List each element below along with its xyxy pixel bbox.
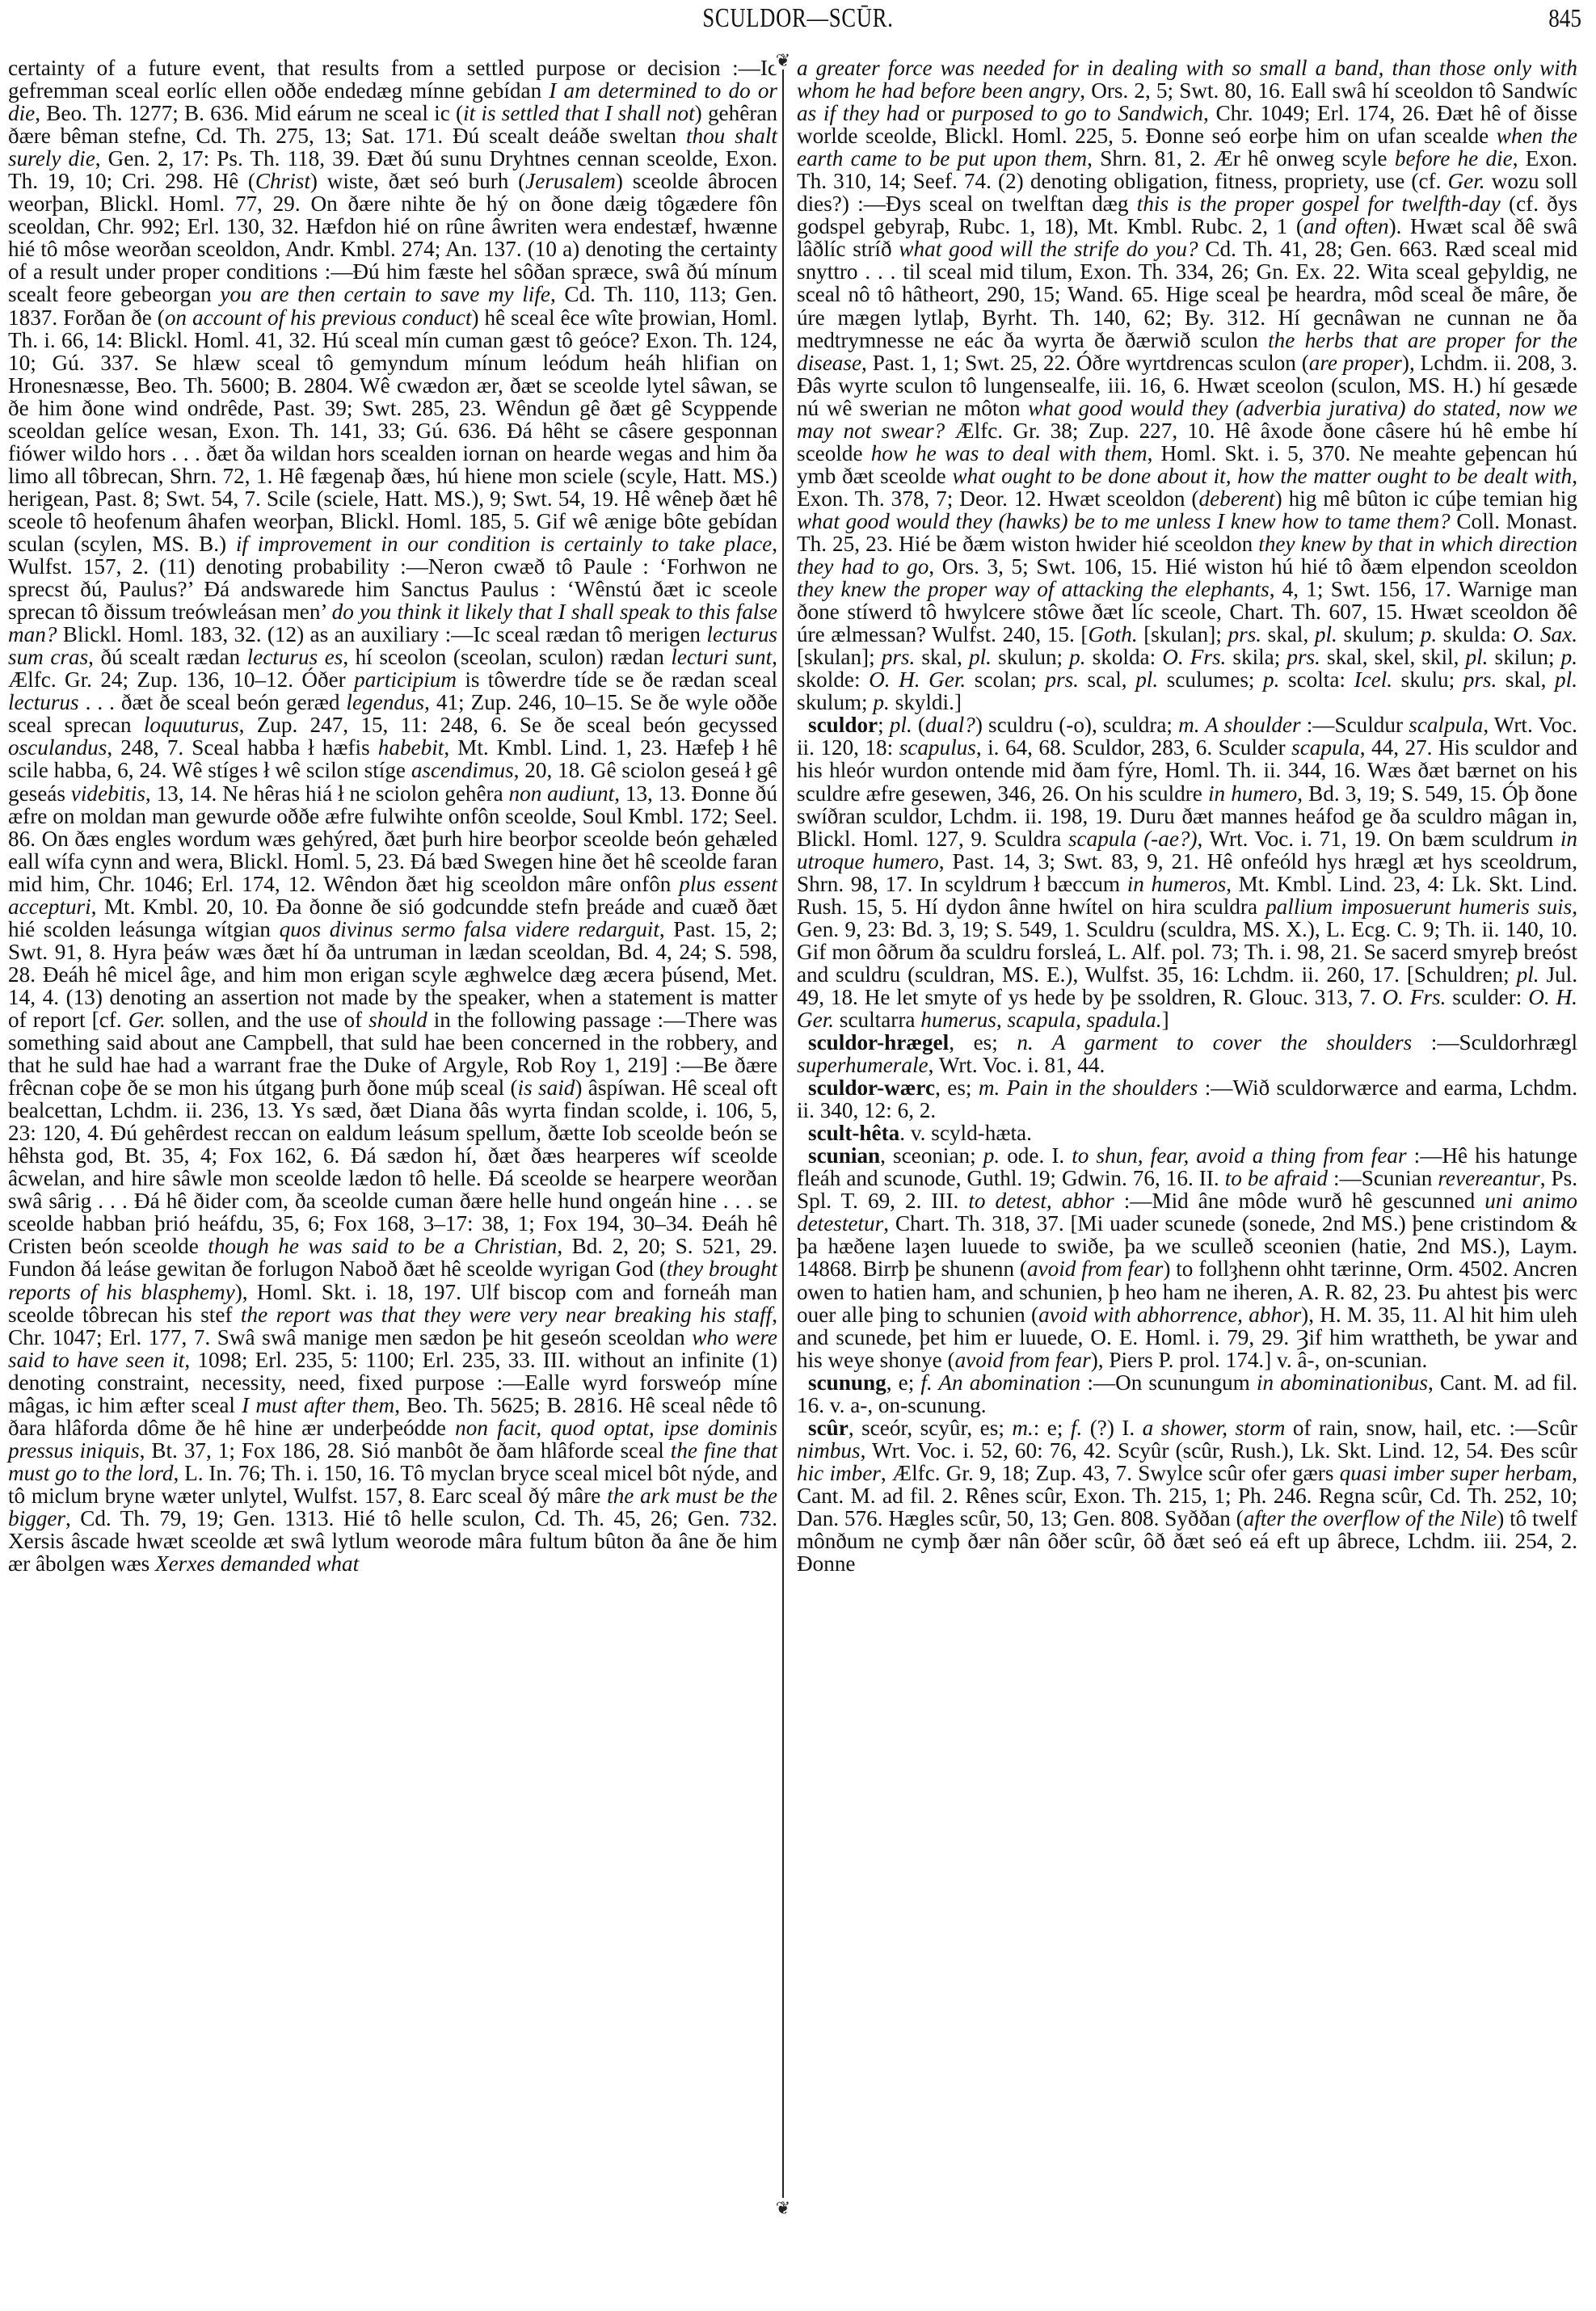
page-number: 845 xyxy=(1548,3,1581,33)
entry-text: , Bt. 37, 1; Fox 186, 28. Sió manbôt ðe … xyxy=(140,1438,671,1463)
left-column: certainty of a future event, that result… xyxy=(8,57,777,1575)
entry-text: , Ælfc. Gr. 9, 18; Zup. 43, 7. Swylce sc… xyxy=(881,1461,1340,1485)
entry-text: skilun; xyxy=(1488,645,1560,669)
italic-gloss: loquuturus xyxy=(144,713,239,737)
entry-text: , Wrt. Voc. i. 81, 44. xyxy=(929,1053,1105,1077)
headword: sculdor xyxy=(808,713,878,737)
italic-gloss: it is settled that I shall not xyxy=(463,101,695,125)
entry-text: ) wiste, ðæt seó burh ( xyxy=(310,169,525,193)
entry-text: , es; xyxy=(935,1076,979,1100)
entry-text: skal, skel, skil, xyxy=(1320,645,1466,669)
entry-text: :—Scunian xyxy=(1328,1166,1438,1190)
italic-gloss: Ger. xyxy=(1448,169,1485,193)
italic-gloss: m. A shoulder xyxy=(1178,713,1300,737)
entry-text: :—Mid âne môde wurð hê gescunned xyxy=(1114,1189,1485,1213)
entry-text: ] xyxy=(1162,1008,1169,1032)
entry-text: (?) I. xyxy=(1082,1416,1142,1440)
italic-gloss: after the overflow of the Nile xyxy=(1244,1506,1497,1530)
dictionary-entry: scûr, sceór, scyûr, es; m.: e; f. (?) I.… xyxy=(797,1416,1577,1575)
entry-text: , ðú scealt rædan xyxy=(88,645,246,669)
entry-text: , 13, 14. Ne hêras hiá ł ne sciolon gehê… xyxy=(145,781,509,806)
italic-gloss: Ger. xyxy=(128,1008,166,1032)
dictionary-entry: scunung, e; f. An abomination :—On scunu… xyxy=(797,1371,1577,1416)
italic-gloss: videbitis xyxy=(71,781,145,806)
italic-gloss: ascendimus xyxy=(411,758,514,782)
italic-gloss: prs. xyxy=(1463,667,1497,692)
entry-text: , Beo. Th. 1277; B. 636. Mid eárum ne sc… xyxy=(35,101,463,125)
headword: scunian xyxy=(808,1143,880,1168)
italic-gloss: hic imber xyxy=(797,1461,881,1485)
italic-gloss: p. xyxy=(1263,667,1279,692)
italic-gloss: p. xyxy=(873,690,889,714)
entry-text: , sceór, scyûr, es; xyxy=(849,1416,1013,1440)
italic-gloss: is said xyxy=(518,1076,575,1100)
italic-gloss: a shower, storm xyxy=(1143,1416,1286,1440)
entry-text: [skulan]; xyxy=(1138,622,1228,646)
italic-gloss: and often xyxy=(1303,214,1389,238)
entry-text: ( xyxy=(912,713,925,737)
italic-gloss: Icel. xyxy=(1354,667,1393,692)
italic-gloss: what good would they (hawks) be to me un… xyxy=(797,509,1451,533)
italic-gloss: humerus, scapula, spadula. xyxy=(920,1008,1161,1032)
italic-gloss: what ought to be done about it, how the … xyxy=(953,464,1573,488)
entry-text: : e; xyxy=(1034,1416,1071,1440)
entry-text: , Zup. 247, 15, 11: 248, 6. Se ðe sceal … xyxy=(239,713,777,737)
italic-gloss: pl. xyxy=(1465,645,1488,669)
italic-gloss: pl. xyxy=(969,645,992,669)
entry-text: , sceonian; xyxy=(880,1143,983,1168)
entry-text: , hí sceolon (sceolan, sculon) rædan xyxy=(343,645,671,669)
italic-gloss: as if they had xyxy=(797,101,920,125)
page-header: SCULDOR—SCŪR. 845 xyxy=(0,3,1596,36)
italic-gloss: prs. xyxy=(1228,622,1262,646)
italic-gloss: quasi imber super herbam xyxy=(1340,1461,1573,1485)
italic-gloss: pallium imposuerunt humeris suis xyxy=(1265,895,1572,919)
entry-text: skal, xyxy=(1497,667,1555,692)
italic-gloss: lecturi sunt xyxy=(671,645,772,669)
entry-text: :—On scunungum xyxy=(1080,1370,1257,1395)
entry-text: , Wrt. Voc. i. 71, 19. On bæm sculdrum xyxy=(1198,827,1560,851)
headword: scûr xyxy=(808,1416,849,1440)
italic-gloss: n. A garment to cover the shoulders xyxy=(1017,1030,1412,1054)
dictionary-entry: sculdor; pl. (dual?) sculdru (-o), sculd… xyxy=(797,714,1577,1031)
italic-gloss: scapula xyxy=(1291,735,1360,760)
italic-gloss: Christ xyxy=(255,169,310,193)
entry-text: , i. 64, 68. Sculdor, 283, 6. Sculder xyxy=(976,735,1291,760)
entry-text: [skulan]; xyxy=(797,645,882,669)
italic-gloss: osculandus xyxy=(8,735,107,760)
italic-gloss: in humeros xyxy=(1127,872,1226,896)
italic-gloss: legendus xyxy=(346,690,424,714)
entry-text: of rain, snow, hail, etc. :—Scûr xyxy=(1285,1416,1577,1440)
italic-gloss: pl. xyxy=(1555,667,1577,692)
italic-gloss: dual? xyxy=(925,713,975,737)
entry-text: sculumes; xyxy=(1158,667,1263,692)
italic-gloss: to detest, abhor xyxy=(968,1189,1114,1213)
italic-gloss: O. Sax. xyxy=(1513,622,1577,646)
italic-gloss: deberent xyxy=(1198,486,1274,511)
entry-text: ode. I. xyxy=(1000,1143,1072,1168)
entry-text: skulda: xyxy=(1437,622,1513,646)
entry-text: sollen, and the use of xyxy=(166,1008,368,1032)
entry-text: sculder: xyxy=(1446,985,1528,1009)
italic-gloss: prs. xyxy=(1286,645,1320,669)
italic-gloss: O. Frs. xyxy=(1383,985,1447,1009)
italic-gloss: how he was to deal with them xyxy=(871,441,1148,465)
entry-text: . . . ðæt ðe sceal beón geræd xyxy=(79,690,347,714)
italic-gloss: scapulus xyxy=(899,735,976,760)
entry-text: skulum; xyxy=(1337,622,1421,646)
italic-gloss: the report was that they were very near … xyxy=(241,1303,772,1327)
italic-gloss: p. xyxy=(983,1143,1000,1168)
italic-gloss: you are then certain to save my life xyxy=(220,282,550,306)
entry-text: skulum; xyxy=(797,690,873,714)
italic-gloss: before he die xyxy=(1395,146,1513,170)
italic-gloss: avoid with abhorrence, abhor xyxy=(1038,1303,1301,1327)
italic-gloss: p. xyxy=(1421,622,1437,646)
entry-text: skolda: xyxy=(1086,645,1163,669)
italic-gloss: participium xyxy=(354,667,457,692)
entry-text: , Shrn. 81, 2. Ær hê onweg scyle xyxy=(1087,146,1395,170)
italic-gloss: quos divinus sermo falsa videre redargui… xyxy=(280,917,659,941)
entry-text: :—Sculdur xyxy=(1301,713,1409,737)
column-divider xyxy=(782,65,784,2198)
dictionary-entry: sculdor-hrægel, es; n. A garment to cove… xyxy=(797,1031,1577,1076)
entry-continuation: certainty of a future event, that result… xyxy=(8,57,777,1575)
italic-gloss: O. Frs. xyxy=(1162,645,1226,669)
italic-gloss: nimbus xyxy=(797,1438,861,1463)
headword: scunung xyxy=(808,1370,886,1395)
dictionary-entry: sculdor-wærc, es; m. Pain in the shoulde… xyxy=(797,1076,1577,1122)
entry-text: scolta: xyxy=(1279,667,1354,692)
entry-text: skolde: xyxy=(797,667,869,692)
italic-gloss: f. An abomination xyxy=(920,1370,1080,1395)
italic-gloss: m. Pain in the shoulders xyxy=(979,1076,1198,1100)
italic-gloss: in humero xyxy=(1208,781,1297,806)
italic-gloss: f. xyxy=(1071,1416,1082,1440)
entry-text: , Cd. Th. 79, 19; Gen. 1313. Hié tô hell… xyxy=(8,1506,777,1576)
italic-gloss: pl. xyxy=(890,713,912,737)
italic-gloss: to be afraid xyxy=(1225,1166,1328,1190)
fleuron-bottom-icon: ❦ xyxy=(774,2199,792,2217)
italic-gloss: what good will the strife do you? xyxy=(899,237,1198,261)
entry-text: , e; xyxy=(886,1370,921,1395)
dictionary-entry: scult-hêta. v. scyld-hæta. xyxy=(797,1122,1577,1144)
entry-text: Blickl. Homl. 183, 32. (12) as an auxili… xyxy=(57,622,706,646)
italic-gloss: pl. xyxy=(1135,667,1158,692)
entry-text: , Ors. 2, 5; Swt. 80, 16. Eall swâ hí sc… xyxy=(1080,78,1577,103)
entry-text: ) hê sceal êce wîte þrowian, Homl. Th. i… xyxy=(8,305,777,556)
entry-text: :—Sculdorhrægl xyxy=(1412,1030,1577,1054)
headword: scult-hêta xyxy=(808,1121,899,1145)
entry-text: scal, xyxy=(1079,667,1135,692)
italic-gloss: m. xyxy=(1012,1416,1033,1440)
italic-gloss: are proper xyxy=(1309,351,1402,375)
entry-text: skal, xyxy=(915,645,969,669)
entry-text: scolan; xyxy=(966,667,1045,692)
italic-gloss: prs. xyxy=(1045,667,1079,692)
italic-gloss: should xyxy=(368,1008,427,1032)
italic-gloss: they knew the proper way of attacking th… xyxy=(797,577,1270,601)
entry-text: ; xyxy=(878,713,890,737)
italic-gloss: revereantur xyxy=(1438,1166,1539,1190)
right-column: a greater force was needed for in dealin… xyxy=(797,57,1577,1575)
italic-gloss: prs. xyxy=(882,645,916,669)
italic-gloss: O. H. Ger. xyxy=(869,667,966,692)
italic-gloss: in abominationibus xyxy=(1257,1370,1428,1395)
entry-text: or xyxy=(920,101,952,125)
italic-gloss: this is the proper gospel for twelfth-da… xyxy=(1137,192,1501,216)
italic-gloss: scalpula xyxy=(1409,713,1483,737)
running-title: SCULDOR—SCŪR. xyxy=(175,3,1421,34)
entry-text: , Past. 1, 1; Swt. 25, 22. Óðre wyrtdren… xyxy=(861,351,1309,375)
italic-gloss: avoid from fear xyxy=(955,1348,1091,1372)
entry-text: skulu; xyxy=(1392,667,1463,692)
italic-gloss: on account of his previous conduct xyxy=(165,305,472,330)
entry-text: skila; xyxy=(1226,645,1286,669)
entry-text: , Wrt. Voc. i. 52, 60: 76, 42. Scyûr (sc… xyxy=(861,1438,1577,1463)
entry-text: ) âspíwan. Hê sceal oft bealcettan, Lchd… xyxy=(8,1076,777,1258)
headword: sculdor-wærc xyxy=(808,1076,935,1100)
entry-text: scultarra xyxy=(834,1008,920,1032)
entry-text: skulun; xyxy=(992,645,1069,669)
headword: sculdor-hrægel xyxy=(808,1030,949,1054)
entry-text: ) sculdru (-o), sculdra; xyxy=(975,713,1178,737)
fleuron-top-icon: ❦ xyxy=(774,52,792,69)
italic-gloss: lecturus xyxy=(8,690,79,714)
entry-continuation: a greater force was needed for in dealin… xyxy=(797,57,1577,714)
italic-gloss: p. xyxy=(1561,645,1577,669)
entry-text: skyldi.] xyxy=(890,690,962,714)
italic-gloss: non audiunt xyxy=(509,781,615,806)
italic-gloss: lecturus es xyxy=(247,645,343,669)
italic-gloss: habebit xyxy=(378,735,444,760)
italic-gloss: pl. xyxy=(1517,962,1539,987)
entry-text: is tôwerdre tíde se ðe rædan sceal xyxy=(457,667,777,692)
entry-text: ), Piers P. prol. 174.] v. â-, on-scunia… xyxy=(1091,1348,1428,1372)
italic-gloss: superhumerale xyxy=(797,1053,929,1077)
entry-text: skal, xyxy=(1261,622,1315,646)
italic-gloss: purposed to go to Sandwich xyxy=(952,101,1203,125)
italic-gloss: scapula (-ae?) xyxy=(1068,827,1198,851)
entry-text: , es; xyxy=(949,1030,1017,1054)
italic-gloss: Jerusalem xyxy=(525,169,616,193)
italic-gloss: Xerxes demanded what xyxy=(155,1551,359,1576)
italic-gloss: avoid from fear xyxy=(1027,1257,1163,1281)
entry-text: , Ors. 3, 5; Swt. 106, 15. Hié wiston hú… xyxy=(929,554,1577,579)
italic-gloss: to shun, fear, avoid a thing from fear xyxy=(1072,1143,1406,1168)
italic-gloss: p. xyxy=(1069,645,1085,669)
italic-gloss: though he was said to be a Christian xyxy=(208,1234,557,1258)
italic-gloss: I must after them xyxy=(242,1393,394,1417)
dictionary-entry: scunian, sceonian; p. ode. I. to shun, f… xyxy=(797,1144,1577,1370)
entry-text: ) hig mê bûton ic cúþe temian hig xyxy=(1275,486,1577,511)
italic-gloss: Goth. xyxy=(1088,622,1137,646)
entry-text: . v. scyld-hæta. xyxy=(899,1121,1032,1145)
entry-text: , 248, 7. Sceal habba ł hæfis xyxy=(107,735,377,760)
italic-gloss: if improvement in our condition is certa… xyxy=(236,532,772,556)
italic-gloss: pl. xyxy=(1315,622,1337,646)
